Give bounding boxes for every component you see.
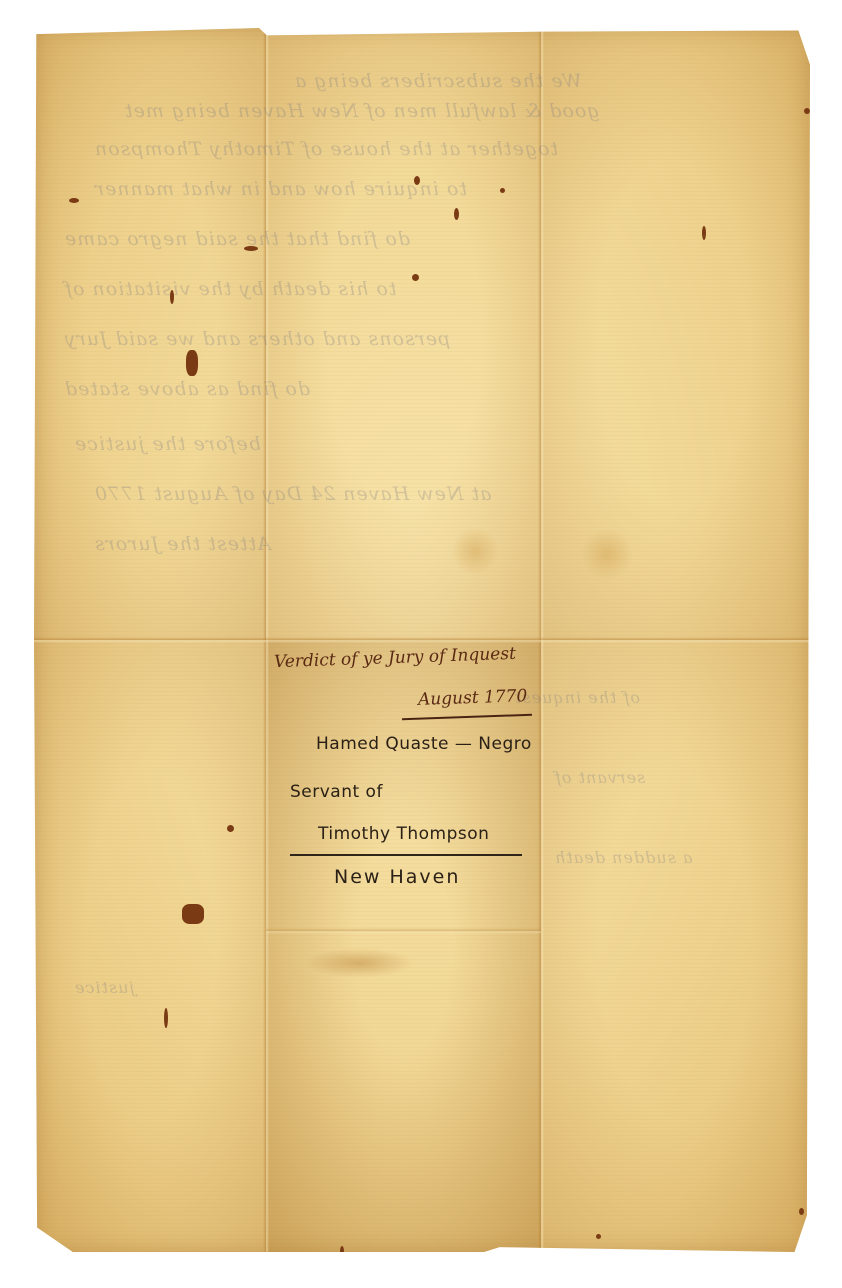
ink-blot [186,350,198,376]
annotation-place: New Haven [334,866,460,888]
bleed-through-line: a sudden death [554,848,692,867]
bleed-through-line: justice [74,978,134,997]
annotation-name: Hamed Quaste — Negro [316,734,532,754]
water-stain [452,526,498,576]
ink-blot [244,246,258,251]
bleed-through-line: servant of [554,768,645,787]
ink-blot [340,1246,344,1256]
bleed-through-line: at New Haven 24 Day of August 1770 [94,483,492,505]
fold-line-middle [34,637,810,643]
bleed-through-line: Attest the Jurors [94,533,271,555]
water-stain [304,948,414,978]
bleed-through-line: before the justice [74,433,261,455]
ink-blot [227,825,234,832]
ink-blot [69,198,79,203]
panel-stain-bottom-middle [266,640,541,1252]
bleed-through-line: We the subscribers being a [294,70,582,92]
docket-original-date: August 1770 [418,686,528,710]
ink-blot [804,108,810,114]
manuscript-sheet: We the subscribers being a good & lawful… [34,28,810,1252]
water-stain [582,526,632,582]
ink-blot [170,290,174,304]
ink-blot [500,188,505,193]
panel-stain-bottom-right [541,640,810,1252]
ink-blot [164,1008,168,1028]
bleed-through-line: of the inquest [514,688,640,707]
ink-blot [454,208,459,220]
ink-blot [799,1208,804,1215]
bleed-through-line: persons and others and we said Jury [64,328,450,350]
bleed-through-line: good & lawfull men of New Haven being me… [124,100,600,122]
bleed-through-line: together at the house of Timothy Thompso… [94,138,558,160]
bleed-through-line: to inquire how and in what manner [94,178,467,200]
annotation-master: Timothy Thompson [318,824,489,844]
bleed-through-line: do find as above stated [64,378,310,400]
annotation-servant-of: Servant of [290,782,383,802]
crease-lower [266,928,541,934]
bleed-through-line: do find that the said negro came [64,228,410,250]
ink-blot [412,274,419,281]
panel-stain-bottom-left [34,640,266,1252]
bleed-through-line: to his death by the visitation of [64,278,396,300]
ink-blot [702,226,706,240]
ink-blot [414,176,420,185]
ink-blot [182,904,204,924]
annotation-divider [290,854,522,856]
ink-blot [596,1234,601,1239]
